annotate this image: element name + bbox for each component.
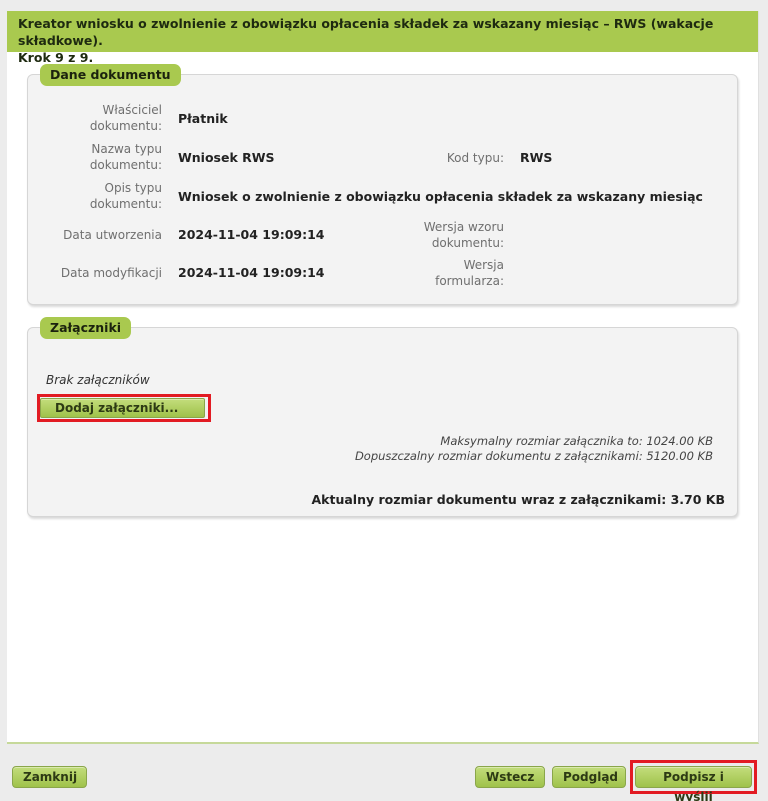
created-label: Data utworzenia — [38, 227, 162, 243]
document-data-section: Dane dokumentu Właściciel dokumentu: Pła… — [27, 74, 738, 305]
type-name-label: Nazwa typu dokumentu: — [48, 141, 162, 173]
attachments-section: Załączniki Brak załączników Dodaj załącz… — [27, 327, 738, 517]
modified-label: Data modyfikacji — [38, 265, 162, 281]
no-attachments-text: Brak załączników — [46, 373, 150, 387]
owner-value: Płatnik — [178, 111, 228, 127]
form-version-label: Wersja formularza: — [408, 257, 504, 289]
attachments-legend: Załączniki — [40, 317, 131, 339]
type-code-value: RWS — [520, 150, 552, 166]
owner-label: Właściciel dokumentu: — [48, 102, 162, 134]
close-button[interactable]: Zamknij — [12, 766, 87, 788]
modified-value: 2024-11-04 19:09:14 — [178, 265, 325, 281]
sign-and-send-button[interactable]: Podpisz i wyślij — [635, 766, 752, 788]
created-value: 2024-11-04 19:09:14 — [178, 227, 325, 243]
type-name-value: Wniosek RWS — [178, 150, 275, 166]
type-code-label: Kod typu: — [408, 150, 504, 166]
max-attachment-size-text: Maksymalny rozmiar załącznika to: 1024.0… — [440, 434, 713, 449]
wizard-title: Kreator wniosku o zwolnienie z obowiązku… — [18, 15, 748, 49]
type-desc-value: Wniosek o zwolnienie z obowiązku opłacen… — [178, 189, 703, 205]
wizard-panel: Kreator wniosku o zwolnienie z obowiązku… — [7, 11, 759, 744]
template-version-label: Wersja wzoru dokumentu: — [408, 219, 504, 251]
add-attachments-button[interactable]: Dodaj załączniki... — [40, 398, 205, 418]
preview-button[interactable]: Podgląd — [552, 766, 626, 788]
current-size-text: Aktualny rozmiar dokumentu wraz z załącz… — [311, 492, 725, 507]
wizard-header: Kreator wniosku o zwolnienie z obowiązku… — [7, 11, 758, 52]
max-document-size-text: Dopuszczalny rozmiar dokumentu z załączn… — [355, 449, 713, 464]
document-data-legend: Dane dokumentu — [40, 64, 181, 86]
type-desc-label: Opis typu dokumentu: — [48, 180, 162, 212]
back-button[interactable]: Wstecz — [475, 766, 545, 788]
